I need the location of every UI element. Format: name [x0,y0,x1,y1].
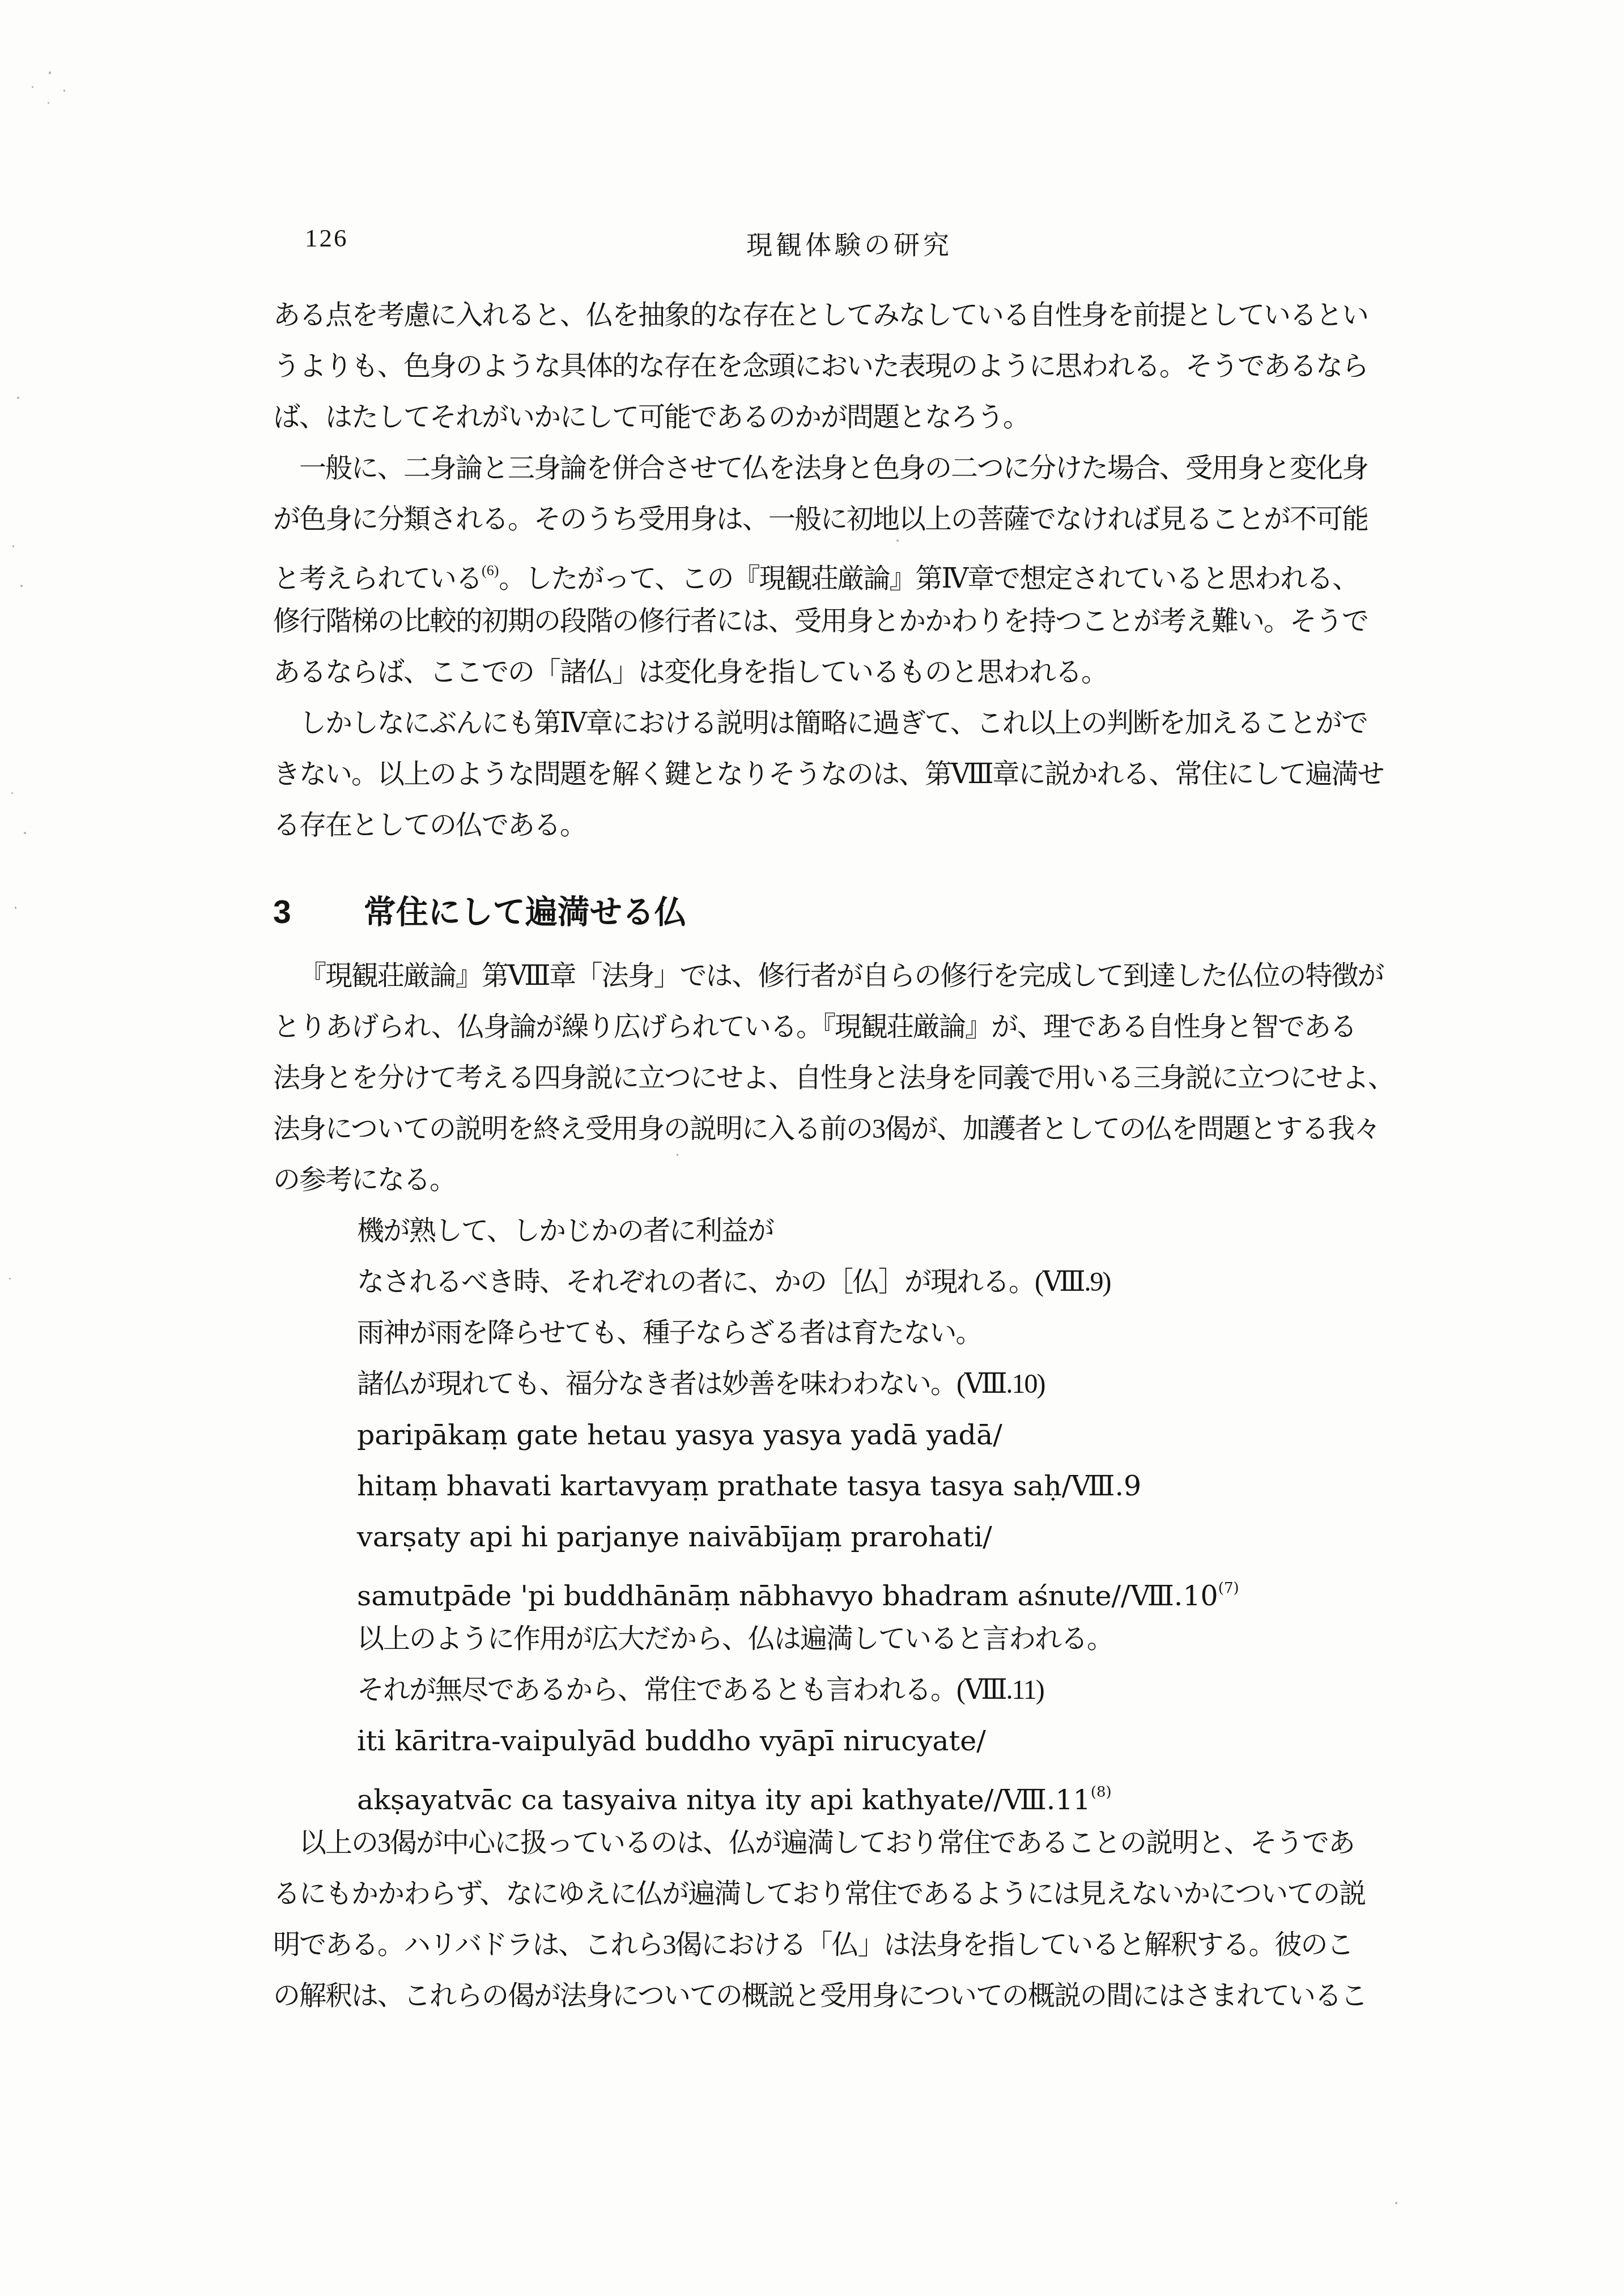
scan-speckle [63,90,65,92]
scan-speckle [12,545,14,547]
scan-speckle [677,1154,678,1156]
text-line: 法身についての説明を終え受用身の説明に入る前の3偈が、加護者としての仏を問題とす… [273,1104,1369,1155]
verse-line: 雨神が雨を降らせても、種子ならざる者は育たない。 [357,1308,1369,1359]
text-line: るにもかかわらず、なにゆえに仏が遍満しており常住であるようには見えないかについて… [273,1869,1369,1920]
footnote-ref-8: (8) [1091,1784,1112,1801]
scan-speckle [49,71,51,74]
text-line: の参考になる。 [273,1155,1369,1206]
scan-speckle [24,832,26,834]
text-line: る存在としての仏である。 [273,800,1369,851]
footnote-ref-7: (7) [1218,1580,1239,1597]
text-line: ば、はたしてそれがいかにして可能であるのかが問題となろう。 [273,392,1369,443]
text-line: うよりも、色身のような具体的な存在を念頭においた表現のように思われる。そうである… [273,341,1369,392]
scan-speckle [15,907,16,909]
paragraph: 『現観荘厳論』第Ⅷ章「法身」では、修行者が自らの修行を完成して到達した仏位の特徴… [273,951,1369,1206]
text-line: の解釈は、これらの偈が法身についての概説と受用身についての概説の間にはさまれてい… [273,1971,1369,2022]
scan-speckle [17,397,19,399]
verse-line: なされるべき時、それぞれの者に、かの［仏］が現れる。(Ⅷ.9) [357,1257,1369,1308]
verse-line: それが無尽であるから、常住であるとも言われる。(Ⅷ.11) [357,1665,1369,1716]
text-segment: と考えられている [273,564,482,594]
text-line: きない。以上のような問題を解く鍵となりそうなのは、第Ⅷ章に説かれる、常住にして遍… [273,749,1369,800]
paragraph: ある点を考慮に入れると、仏を抽象的な存在としてみなしている自性身を前提としている… [273,290,1369,443]
verse-line: 機が熟して、しかじかの者に利益が [357,1206,1369,1257]
paragraph: 一般に、二身論と三身論を併合させて仏を法身と色身の二つに分けた場合、受用身と変化… [273,443,1369,698]
page-header: 126 現観体験の研究 [273,221,1369,257]
sanskrit-line: akṣayatvāc ca tasyaiva nitya ity api kat… [357,1767,1369,1818]
sanskrit-line: paripākaṃ gate hetau yasya yasya yadā ya… [357,1410,1369,1461]
sanskrit-line: hitaṃ bhavati kartavyaṃ prathate tasya t… [357,1461,1369,1512]
text-segment: 。したがって、この『現観荘厳論』第Ⅳ章で想定されていると思われる、 [499,564,1358,594]
page-number: 126 [305,223,348,253]
verse-quote-block: 機が熟して、しかじかの者に利益が なされるべき時、それぞれの者に、かの［仏］が現… [273,1206,1369,1818]
text-line: 修行階梯の比較的初期の段階の修行者には、受用身とかかわりを持つことが考え難い。そ… [273,596,1369,647]
text-line: 『現観荘厳論』第Ⅷ章「法身」では、修行者が自らの修行を完成して到達した仏位の特徴… [273,951,1369,1002]
scan-speckle [11,792,13,794]
verse-line: 以上のように作用が広大だから、仏は遍満していると言われる。 [357,1614,1369,1665]
text-line: しかしなにぶんにも第Ⅳ章における説明は簡略に過ぎて、これ以上の判断を加えることが… [273,698,1369,749]
text-line: 法身とを分けて考える四身説に立つにせよ、自性身と法身を同義で用いる三身説に立つに… [273,1053,1369,1104]
section-heading: 3常住にして遍満せる仏 [273,885,1369,939]
scan-speckle [20,585,23,587]
text-line: 以上の3偈が中心に扱っているのは、仏が遍満しており常住であることの説明と、そうで… [273,1818,1369,1869]
scan-speckle [32,86,33,88]
scan-speckle [9,1278,11,1279]
text-line: あるならば、ここでの「諸仏」は変化身を指しているものと思われる。 [273,647,1369,698]
running-title: 現観体験の研究 [746,224,953,262]
verse-line: 諸仏が現れても、福分なき者は妙善を味わわない。(Ⅷ.10) [357,1359,1369,1410]
scan-speckle [48,102,49,104]
paragraph: しかしなにぶんにも第Ⅳ章における説明は簡略に過ぎて、これ以上の判断を加えることが… [273,698,1369,851]
sanskrit-line: varṣaty api hi parjanye naivābījaṃ praro… [357,1512,1369,1563]
paragraph: 以上の3偈が中心に扱っているのは、仏が遍満しており常住であることの説明と、そうで… [273,1818,1369,2022]
text-segment: samutpāde 'pi buddhānāṃ nābhavyo bhadram… [357,1580,1218,1612]
text-line: 一般に、二身論と三身論を併合させて仏を法身と色身の二つに分けた場合、受用身と変化… [273,443,1369,494]
text-segment: akṣayatvāc ca tasyaiva nitya ity api kat… [357,1784,1091,1816]
page-body: ある点を考慮に入れると、仏を抽象的な存在としてみなしている自性身を前提としている… [273,290,1369,2022]
footnote-ref-6: (6) [482,562,499,579]
scan-speckle [363,367,364,369]
sanskrit-line: iti kāritra-vaipulyād buddho vyāpī niruc… [357,1716,1369,1767]
text-line: とりあげられ、仏身論が繰り広げられている。『現観荘厳論』が、理である自性身と智で… [273,1002,1369,1053]
text-line: と考えられている(6)。したがって、この『現観荘厳論』第Ⅳ章で想定されていると思… [273,545,1369,596]
text-line: 明である。ハリバドラは、これら3偈における「仏」は法身を指していると解釈する。彼… [273,1920,1369,1971]
text-line: が色身に分類される。そのうち受用身は、一般に初地以上の菩薩でなければ見ることが不… [273,494,1369,545]
section-title: 常住にして遍満せる仏 [364,894,687,930]
scanned-document-page: 126 現観体験の研究 ある点を考慮に入れると、仏を抽象的な存在としてみなしてい… [0,0,1624,2296]
sanskrit-line: samutpāde 'pi buddhānāṃ nābhavyo bhadram… [357,1563,1369,1614]
section-number: 3 [273,885,291,939]
scan-speckle [896,539,899,542]
scan-speckle [1395,2202,1397,2204]
text-line: ある点を考慮に入れると、仏を抽象的な存在としてみなしている自性身を前提としている… [273,290,1369,341]
